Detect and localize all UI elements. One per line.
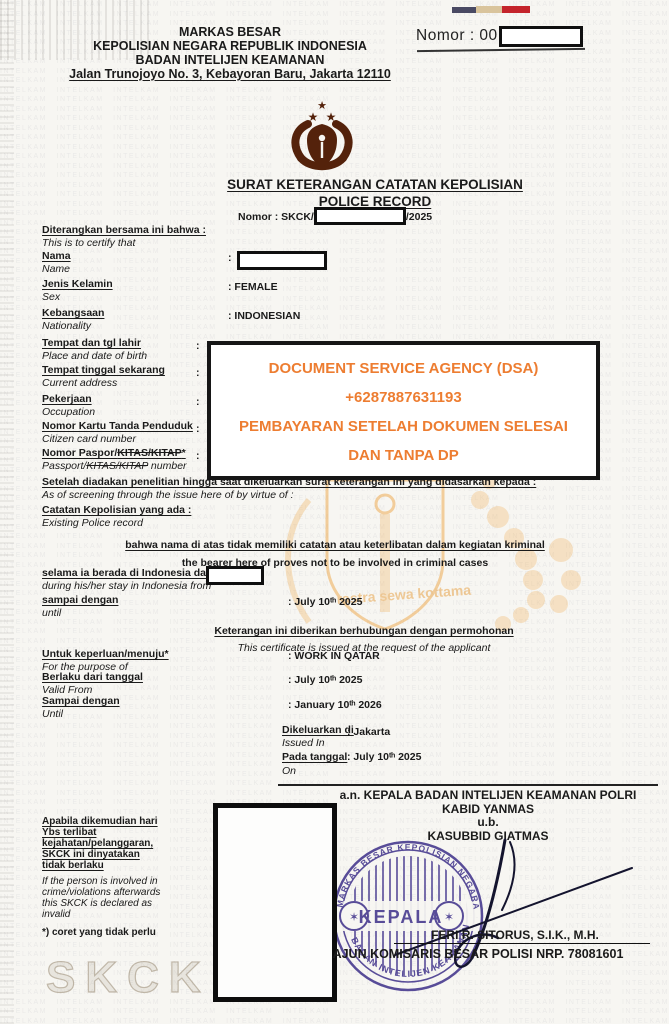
field-sex-en: Sex xyxy=(42,291,60,303)
request-id: Keterangan ini diberikan berhubungan den… xyxy=(214,625,513,637)
skck-number-row: Nomor : SKCK//2025 xyxy=(238,207,432,225)
field-sex-id: Jenis Kelamin xyxy=(42,278,113,290)
strip-navy xyxy=(452,7,476,13)
signatory-line1: a.n. KEPALA BADAN INTELIJEN KEAMANAN POL… xyxy=(300,789,669,803)
signatory-name-underline xyxy=(394,943,650,944)
signatory-rank: AJUN KOMISARIS BESAR POLISI NRP. 7808160… xyxy=(300,947,656,961)
signatory-name: FERI R. SITORUS, S.I.K., M.H. xyxy=(390,929,640,943)
note-footnote: *) coret yang tidak perlu xyxy=(42,927,160,938)
until2-id: Sampai dengan xyxy=(42,695,120,707)
field-nama-id: Nama xyxy=(42,250,71,262)
note-id-1: Apabila dikemudian hari xyxy=(42,816,160,827)
existing-record-en: Existing Police record xyxy=(42,517,143,529)
letterhead-address: Jalan Trunojoyo No. 3, Kebayoran Baru, J… xyxy=(40,67,420,81)
statement-id: bahwa nama di atas tidak memiliki catata… xyxy=(125,539,545,551)
passport-en-suffix: number xyxy=(148,460,187,472)
issued-in-en: Issued In xyxy=(282,737,325,749)
statement-block: bahwa nama di atas tidak memiliki catata… xyxy=(30,535,640,569)
title-id: SURAT KETERANGAN CATATAN KEPOLISIAN xyxy=(90,177,660,192)
existing-record-id: Catatan Kepolisian yang ada : xyxy=(42,504,191,516)
until1-id: sampai dengan xyxy=(42,594,118,606)
purpose-value: : WORK IN QATAR xyxy=(288,650,380,662)
issued-date-en: On xyxy=(282,765,296,777)
valid-from-value: : July 10ᵗʰ 2025 xyxy=(288,674,362,686)
passport-id-strike: KITAS/KITAP xyxy=(117,447,181,459)
letterhead-line1: MARKAS BESAR xyxy=(40,25,420,39)
document-number-label: Nomor : 00 - xyxy=(416,27,508,45)
title-block: SURAT KETERANGAN CATATAN KEPOLISIAN POLI… xyxy=(90,177,660,209)
screening-en: As of screening through the issue here o… xyxy=(42,489,294,501)
svg-text:✶: ✶ xyxy=(349,910,359,924)
stay-id: selama ia berada di Indonesia dari xyxy=(42,567,213,579)
strip-red xyxy=(502,6,530,13)
passport-en-pre: Passport/ xyxy=(42,460,86,472)
dsa-overlay-box: DOCUMENT SERVICE AGENCY (DSA) +628788763… xyxy=(207,341,600,480)
field-birth-en: Place and date of birth xyxy=(42,350,147,362)
field-address-en: Current address xyxy=(42,377,117,389)
signatory-line2: KABID YANMAS xyxy=(300,803,669,817)
intro-id: Diterangkan bersama ini bahwa : xyxy=(42,224,206,236)
skck-ghost-text: SKCK xyxy=(46,953,211,1003)
validity-note: Apabila dikemudian hari Ybs terlibat kej… xyxy=(42,816,160,938)
field-ktp-colon: : xyxy=(196,423,200,435)
valid-from-id: Berlaku dari tanggal xyxy=(42,671,143,683)
issued-date-value: : July 10ᵗʰ 2025 xyxy=(347,751,421,763)
passport-id-pre: Nomor Paspor/ xyxy=(42,447,117,459)
passport-en-strike: KITAS/KITAP xyxy=(86,460,148,472)
note-id-3: kejahatan/pelanggaran, xyxy=(42,838,160,849)
field-job-colon: : xyxy=(196,396,200,408)
field-nationality-en: Nationality xyxy=(42,320,91,332)
scan-noise-left xyxy=(0,0,14,1024)
field-job-en: Occupation xyxy=(42,406,95,418)
letterhead-line3: BADAN INTELIJEN KEAMANAN xyxy=(40,53,420,67)
until2-en: Until xyxy=(42,708,63,720)
skck-document-page: INTELKAM INTELKAM INTELKAM INTELKAM INTE… xyxy=(0,0,669,1024)
field-address-id: Tempat tinggal sekarang xyxy=(42,364,165,376)
stay-date-redaction-box xyxy=(206,566,264,585)
field-nama-colon: : xyxy=(228,252,232,264)
until1-en: until xyxy=(42,607,61,619)
purpose-id: Untuk keperluan/menuju* xyxy=(42,648,169,660)
field-nationality-value: : INDONESIAN xyxy=(228,310,300,322)
strip-tan xyxy=(476,6,502,13)
letterhead: MARKAS BESAR KEPOLISIAN NEGARA REPUBLIK … xyxy=(40,25,420,81)
note-en-4: invalid xyxy=(42,909,160,920)
field-nama-en: Name xyxy=(42,263,70,275)
note-id-4: SKCK ini dinyatakan xyxy=(42,849,160,860)
until2-value: : January 10ᵗʰ 2026 xyxy=(288,699,382,711)
field-birth-colon: : xyxy=(196,340,200,352)
stay-en: during his/her stay in Indonesia from xyxy=(42,580,211,592)
dsa-line1: DOCUMENT SERVICE AGENCY (DSA) xyxy=(211,354,596,383)
field-birth-id: Tempat dan tgl lahir xyxy=(42,337,141,349)
skck-number-suffix: /2025 xyxy=(406,211,432,223)
intro-en: This is to certify that xyxy=(42,237,135,249)
field-passport-en: Passport/KITAS/KITAP number xyxy=(42,460,187,472)
field-address-colon: : xyxy=(196,367,200,379)
field-job-id: Pekerjaan xyxy=(42,393,92,405)
field-sex-value: : FEMALE xyxy=(228,281,278,293)
signature-divider xyxy=(278,784,658,786)
field-passport-id: Nomor Paspor/KITAS/KITAP* xyxy=(42,447,186,459)
passport-id-suffix: * xyxy=(182,447,186,459)
note-en-3: this SKCK is declared as xyxy=(42,898,160,909)
dsa-line3: PEMBAYARAN SETELAH DOKUMEN SELESAI xyxy=(211,412,596,441)
document-number-redaction-box xyxy=(499,26,583,47)
letterhead-line2: KEPOLISIAN NEGARA REPUBLIK INDONESIA xyxy=(40,39,420,53)
issued-in-value: : Jakarta xyxy=(347,726,390,738)
field-ktp-id: Nomor Kartu Tanda Penduduk xyxy=(42,420,193,432)
until1-value: : July 10ᵗʰ 2025 xyxy=(288,596,362,608)
note-id-2: Ybs terlibat xyxy=(42,827,160,838)
name-redaction-box xyxy=(237,251,327,270)
field-passport-colon: : xyxy=(196,450,200,462)
dsa-line2: +6287887631193 xyxy=(211,383,596,412)
police-emblem-icon: ★ ★ ★ xyxy=(286,96,358,176)
field-ktp-en: Citizen card number xyxy=(42,433,136,445)
signatory-line3: u.b. xyxy=(300,816,669,830)
note-en-2: crime/violations afterwards xyxy=(42,887,160,898)
clipped-logo-strip xyxy=(452,0,530,18)
skck-number-prefix: Nomor : SKCK/ xyxy=(238,211,314,223)
dsa-line4: DAN TANPA DP xyxy=(211,441,596,470)
skck-number-redaction-box xyxy=(314,207,406,225)
note-id-5: tidak berlaku xyxy=(42,860,160,871)
issued-date-id: Pada tanggal xyxy=(282,751,347,763)
issued-in-id: Dikeluarkan di xyxy=(282,724,354,736)
field-nationality-id: Kebangsaan xyxy=(42,307,104,319)
note-en-1: If the person is involved in xyxy=(42,876,160,887)
